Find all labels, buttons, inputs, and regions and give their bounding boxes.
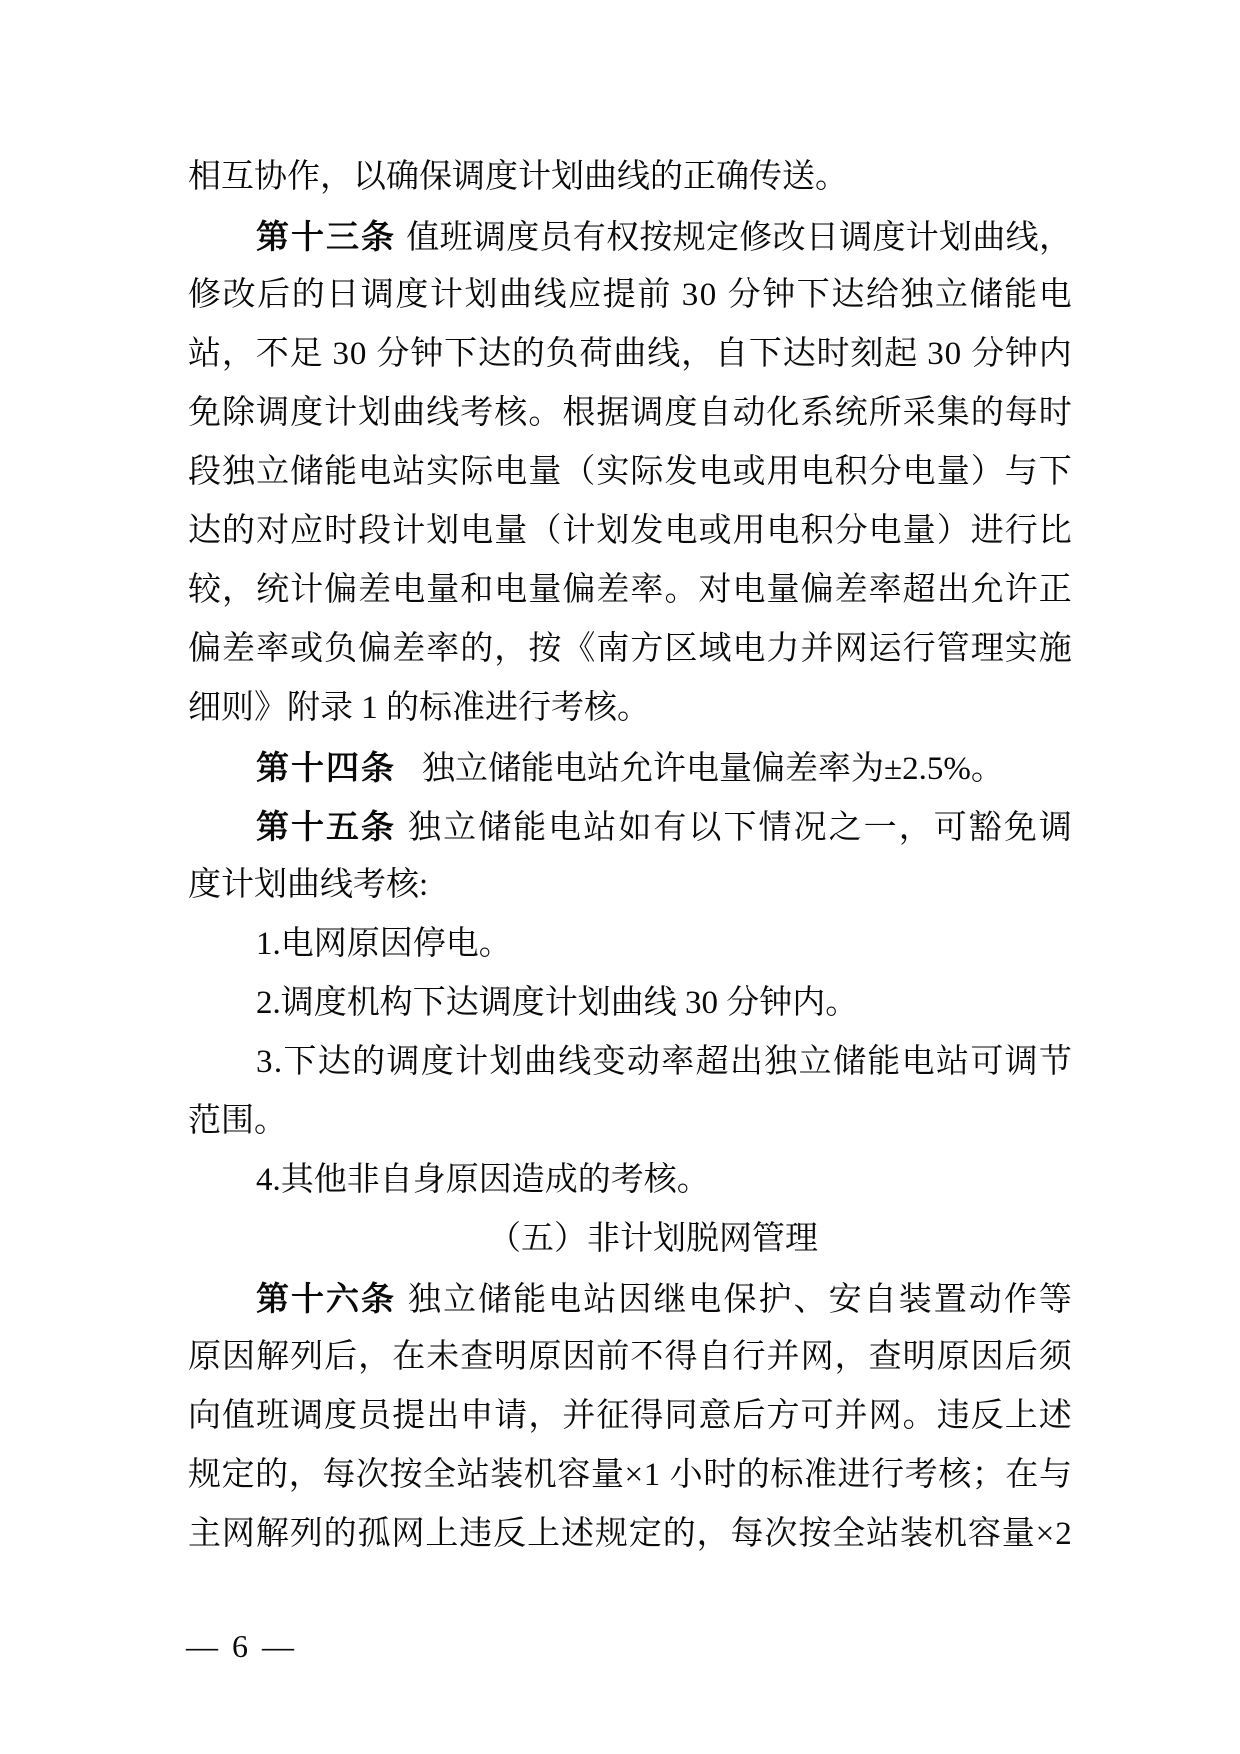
- line-text: 范围。: [188, 1103, 287, 1139]
- text-line: 第十五条独立储能电站如有以下情况之一，可豁免调: [188, 797, 1072, 856]
- text-line: 原因解列后，在未查明原因前不得自行并网，查明原因后须: [188, 1328, 1072, 1387]
- article-number: 第十四条: [256, 749, 396, 786]
- page-number: — 6 —: [186, 1625, 297, 1667]
- line-text: 4.其他非自身原因造成的考核。: [256, 1162, 710, 1198]
- article-number: 第十三条: [256, 207, 396, 266]
- text-line: 规定的，每次按全站装机容量×1 小时的标准进行考核；在与: [188, 1446, 1072, 1505]
- document-body: 相互协作，以确保调度计划曲线的正确传送。第十三条值班调度员有权按规定修改日调度计…: [188, 148, 1072, 1564]
- text-line: 细则》附录 1 的标准进行考核。: [188, 679, 1072, 738]
- text-line: 1.电网原因停电。: [188, 915, 1072, 974]
- line-text: 度计划曲线考核:: [188, 867, 428, 903]
- line-text: 2.调度机构下达调度计划曲线 30 分钟内。: [256, 985, 858, 1021]
- text-line: 第十四条独立储能电站允许电量偏差率为±2.5%。: [188, 738, 1072, 797]
- text-line: 达的对应时段计划电量（计划发电或用电积分电量）进行比: [188, 502, 1072, 561]
- text-line: 相互协作，以确保调度计划曲线的正确传送。: [188, 148, 1072, 207]
- line-text: （五）非计划脱网管理: [488, 1221, 818, 1257]
- text-line: 范围。: [188, 1092, 1072, 1151]
- section-heading: （五）非计划脱网管理: [188, 1210, 1072, 1269]
- article-number: 第十六条: [256, 1269, 396, 1328]
- line-text: 独立储能电站允许电量偏差率为±2.5%。: [422, 751, 1004, 787]
- line-text: 1.电网原因停电。: [256, 926, 512, 962]
- text-line: 2.调度机构下达调度计划曲线 30 分钟内。: [188, 974, 1072, 1033]
- line-text: 细则》附录 1 的标准进行考核。: [188, 690, 650, 726]
- text-line: 免除调度计划曲线考核。根据调度自动化系统所采集的每时: [188, 384, 1072, 443]
- article-number: 第十五条: [256, 797, 396, 856]
- text-line: 向值班调度员提出申请，并征得同意后方可并网。违反上述: [188, 1387, 1072, 1446]
- text-line: 修改后的日调度计划曲线应提前 30 分钟下达给独立储能电: [188, 266, 1072, 325]
- text-line: 4.其他非自身原因造成的考核。: [188, 1151, 1072, 1210]
- document-page: 相互协作，以确保调度计划曲线的正确传送。第十三条值班调度员有权按规定修改日调度计…: [0, 0, 1240, 1754]
- text-line: 较，统计偏差电量和电量偏差率。对电量偏差率超出允许正: [188, 561, 1072, 620]
- text-line: 3.下达的调度计划曲线变动率超出独立储能电站可调节: [188, 1033, 1072, 1092]
- line-text: 相互协作，以确保调度计划曲线的正确传送。: [188, 159, 848, 195]
- text-line: 段独立储能电站实际电量（实际发电或用电积分电量）与下: [188, 443, 1072, 502]
- text-line: 偏差率或负偏差率的，按《南方区域电力并网运行管理实施: [188, 620, 1072, 679]
- text-line: 度计划曲线考核:: [188, 856, 1072, 915]
- text-line: 第十三条值班调度员有权按规定修改日调度计划曲线，: [188, 207, 1072, 266]
- text-line: 第十六条独立储能电站因继电保护、安自装置动作等: [188, 1269, 1072, 1328]
- text-line: 主网解列的孤网上违反上述规定的，每次按全站装机容量×2: [188, 1505, 1072, 1564]
- text-line: 站，不足 30 分钟下达的负荷曲线，自下达时刻起 30 分钟内: [188, 325, 1072, 384]
